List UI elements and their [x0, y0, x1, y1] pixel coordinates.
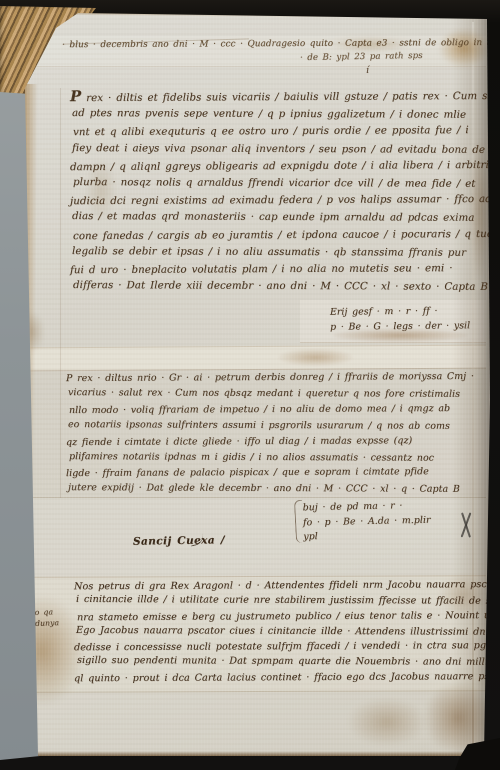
page-top-edge	[56, 10, 490, 19]
manuscript-line: vicarius · salut rex · Cum nos qbsqz med…	[68, 385, 474, 403]
x-pen-mark	[457, 512, 475, 538]
signature: Sancij Cuexa /	[133, 534, 225, 548]
manuscript-page: · blus · decembris ano dni · M · ccc · Q…	[0, 0, 500, 770]
entry-3: Nos petrus di gra Rex Aragonl · d · Atte…	[74, 578, 500, 685]
stain	[278, 349, 353, 366]
left-margin-crease	[60, 88, 61, 498]
manuscript-line: fo · p · Be · A.da · m.plir	[303, 513, 431, 530]
slip-torn-edge	[30, 345, 486, 372]
entry-1: P rex · diltis et fidelibs suis vicariis…	[70, 87, 500, 295]
manuscript-line: qz fiende i cimtate i dicte gliede · iff…	[66, 433, 474, 451]
manuscript-line: eo notariis ipsonas sulfrinters assumi i…	[68, 417, 474, 435]
manuscript-line: legalib se debir et ipsas / i no aliu as…	[72, 243, 500, 262]
entry-2: P rex · diltus nrio · Gr · ai · petrum d…	[66, 370, 474, 497]
manuscript-line: p · Be · G · legs · der · ysil	[330, 318, 470, 334]
manuscript-line: sigillo suo pendenti munita · Dat spmpam…	[77, 653, 500, 670]
manuscript-line: P rex · diltus nrio · Gr · ai · petrum d…	[66, 369, 474, 387]
header-note-line: · de B: ypl 23 pa rath sps	[300, 51, 423, 63]
manuscript-line: P rex · diltis et fidelibs suis vicariis…	[70, 86, 500, 108]
manuscript-line: vnt et q alibi exequturis q ee ostro uro…	[73, 122, 500, 142]
manuscript-line: nllo modo · voliq ffrariam de impetuo / …	[69, 401, 474, 419]
stain	[348, 698, 426, 746]
manuscript-line: i cinitancie illde / i utilitate curie n…	[76, 592, 500, 609]
manuscript-line: ypl	[303, 528, 431, 545]
manuscript-line: dias / et madas qrd monasteriis · cap eu…	[72, 208, 500, 227]
manuscript-line: jutere expidij · Dat glede kle decembr ·…	[68, 480, 474, 498]
pen-tick-mark: í	[366, 66, 369, 76]
registrar-note-2: buj · de pd ma · r · fo · p · Be · A.da …	[303, 499, 431, 545]
manuscript-line: dampn / q aliqnl ggreys obligearis ad ex…	[70, 157, 500, 177]
manuscript-photo: · blus · decembris ano dni · M · ccc · Q…	[0, 0, 500, 770]
manuscript-line: differas · Dat Ilerde xiii decembr · ano…	[73, 277, 500, 296]
manuscript-line: ql quinto · prout i dca Carta lacius con…	[74, 668, 500, 686]
page-bottom-edge	[38, 751, 486, 757]
manuscript-line: Erij gesf · m · r · ff ·	[330, 303, 470, 319]
header-date-line: · blus · decembris ano dni · M · ccc · Q…	[62, 38, 500, 50]
manuscript-line: cone fanedas / cargis ab eo juramtis / e…	[73, 225, 500, 245]
registrar-note-1: Erij gesf · m · r · ff · p · Be · G · le…	[330, 303, 470, 334]
manuscript-line: fiey deat i aieys viva psonar aliq inven…	[72, 140, 500, 159]
